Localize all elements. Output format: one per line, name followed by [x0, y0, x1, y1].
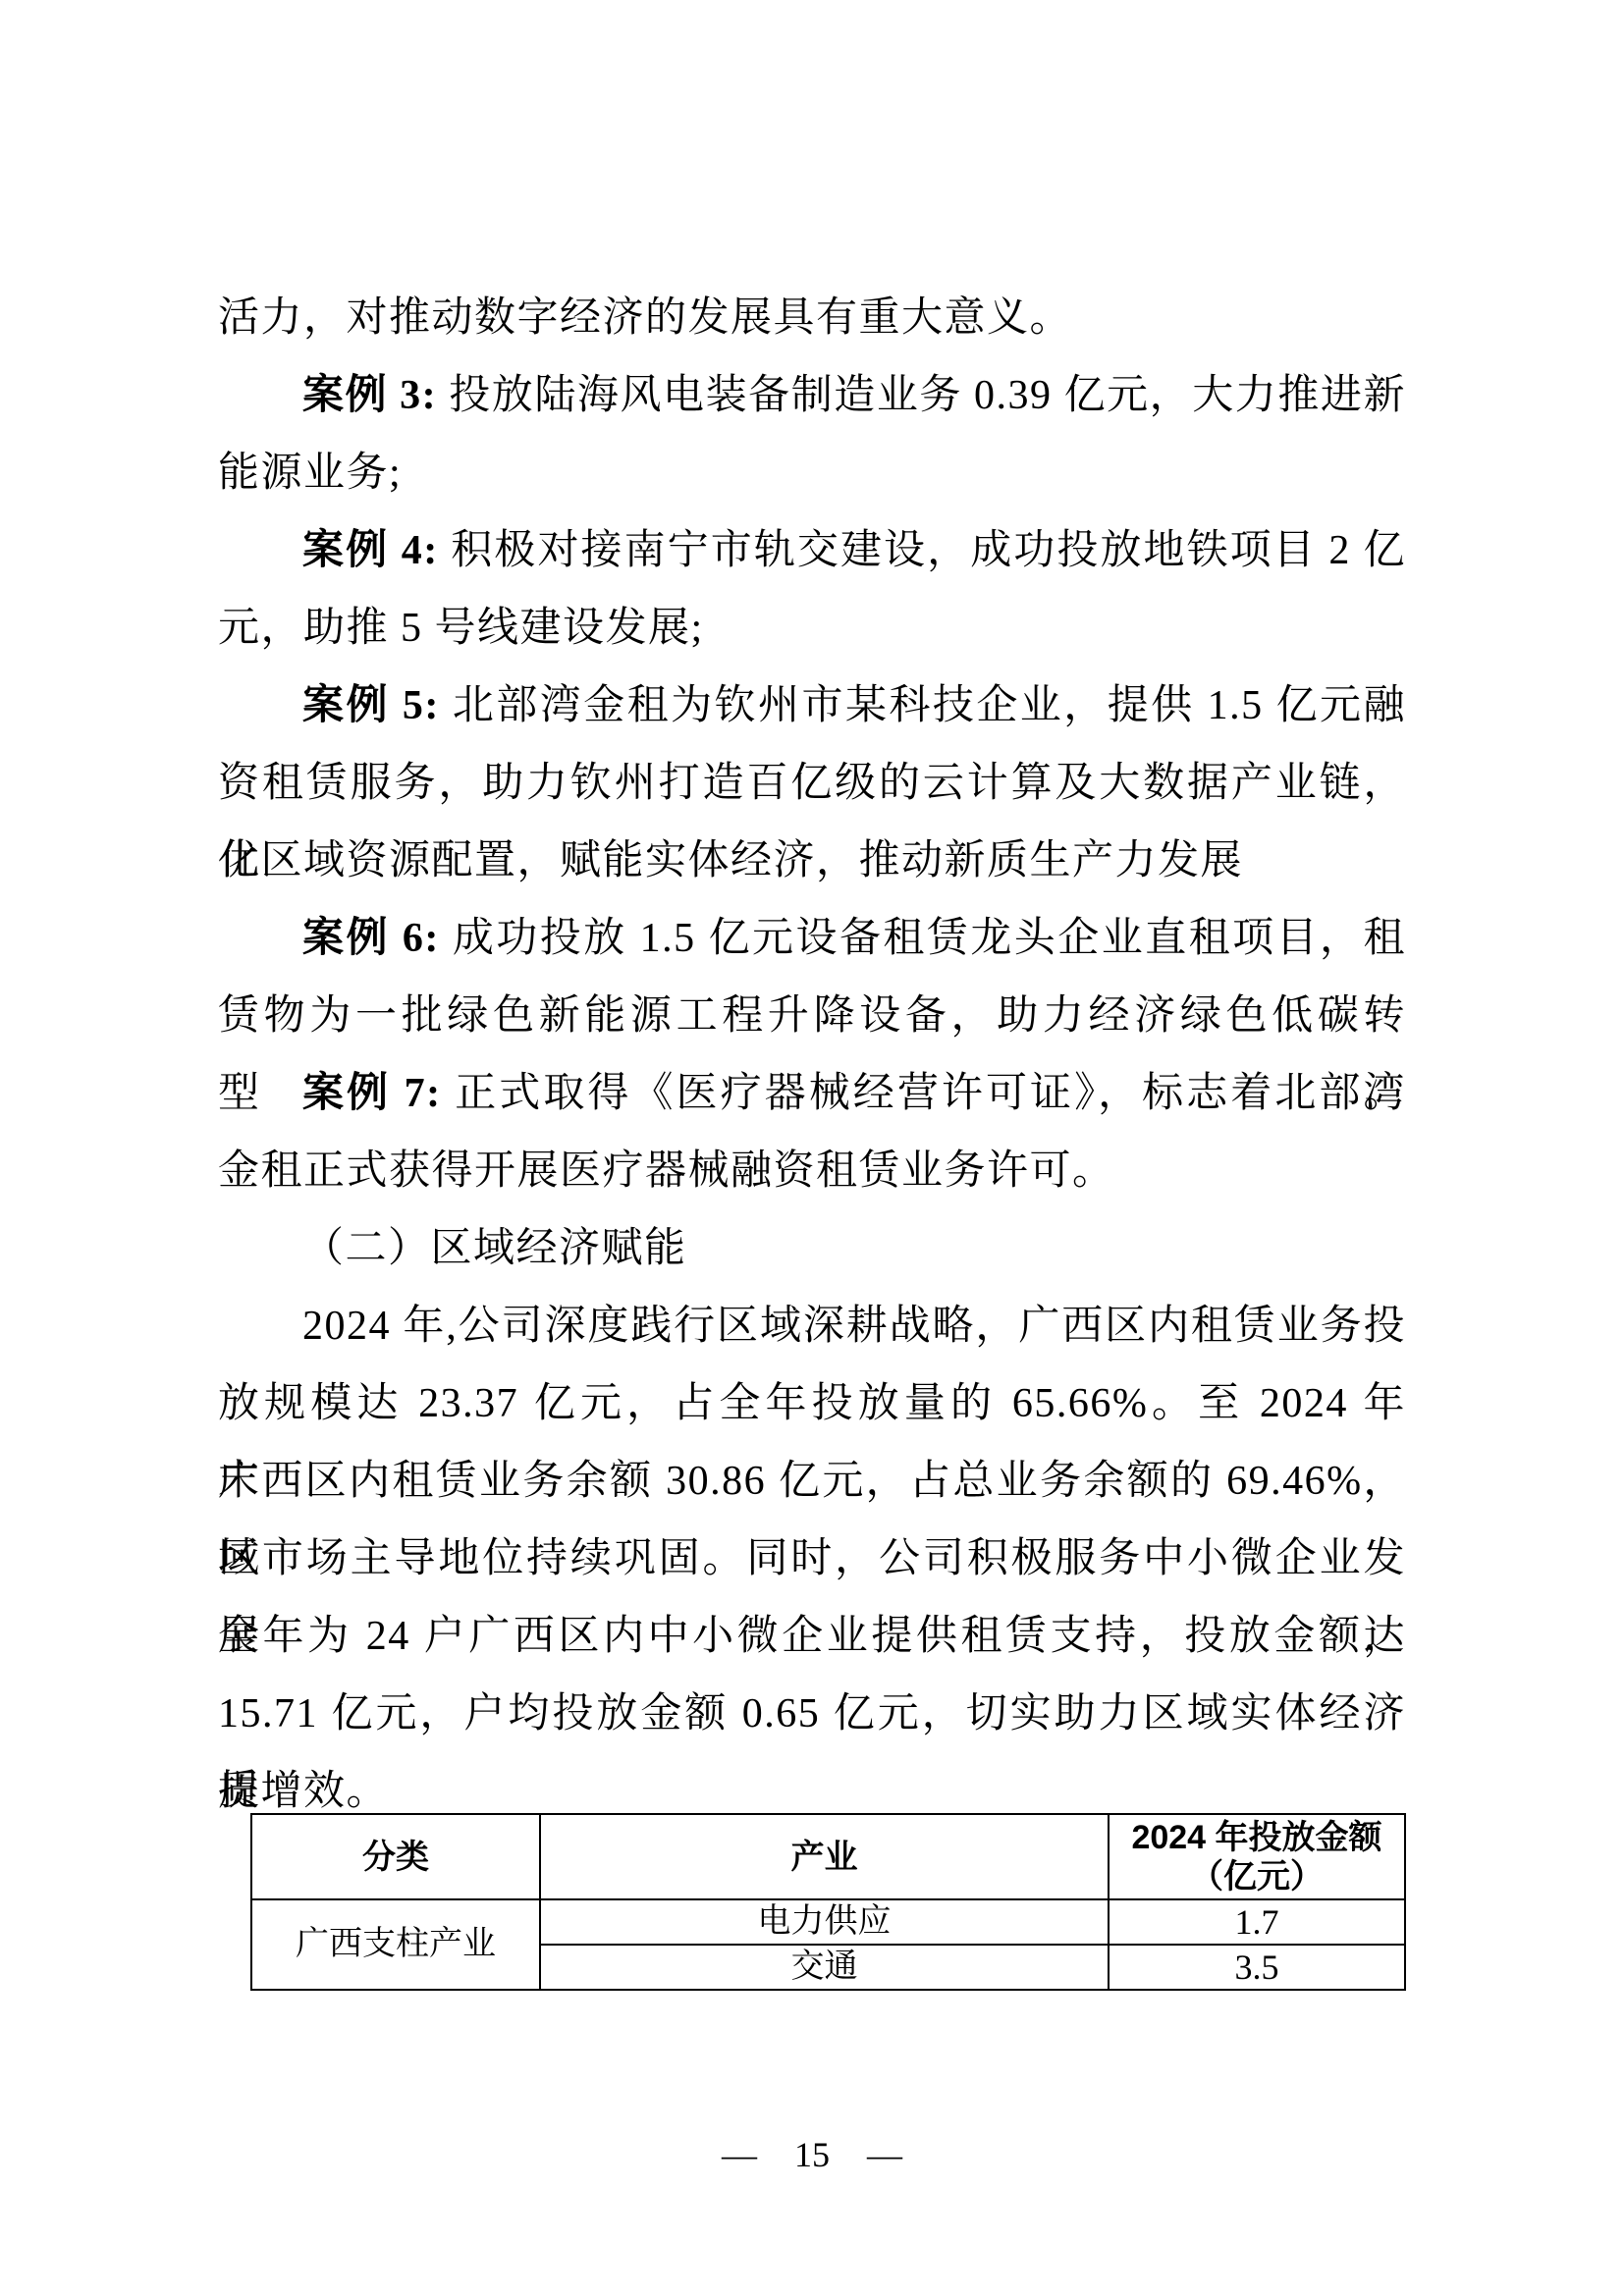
text-line: 赁物为一批绿色新能源工程升降设备，助力经济绿色低碳转型。 — [218, 978, 1406, 1055]
text-line: 案例 5: 北部湾金租为钦州市某科技企业，提供 1.5 亿元融 — [218, 667, 1406, 745]
cell-amount: 1.7 — [1109, 1899, 1405, 1945]
footer-dash-right: — — [867, 2135, 902, 2174]
page-number: 15 — [794, 2135, 830, 2174]
line-text: 活力，对推动数字经济的发展具有重大意义。 — [218, 295, 1072, 341]
text-line: 全年为 24 户广西区内中小微企业提供租赁支持，投放金额达 — [218, 1598, 1406, 1676]
text-line: 资租赁服务，助力钦州打造百亿级的云计算及大数据产业链，优 — [218, 745, 1406, 823]
text-line: 案例 3: 投放陆海风电装备制造业务 0.39 亿元，大力推进新 — [218, 357, 1406, 435]
line-text: （二）区域经济赋能 — [302, 1226, 687, 1271]
col-header-amount: 2024 年投放金额 （亿元） — [1109, 1814, 1405, 1899]
line-text: 全年为 24 户广西区内中小微企业提供租赁支持，投放金额达 — [218, 1614, 1406, 1659]
text-line: 能源业务; — [218, 435, 1406, 512]
text-line: 15.71 亿元，户均投放金额 0.65 亿元，切实助力区域实体经济提 — [218, 1676, 1406, 1753]
section-heading: （二）区域经济赋能 — [218, 1210, 1406, 1288]
text-line: 2024 年,公司深度践行区域深耕战略，广西区内租赁业务投 — [218, 1288, 1406, 1365]
text-line: 金租正式获得开展医疗器械融资租赁业务许可。 — [218, 1133, 1406, 1210]
document-body: 活力，对推动数字经济的发展具有重大意义。 案例 3: 投放陆海风电装备制造业务 … — [218, 280, 1406, 1991]
case-label: 案例 3: — [302, 373, 437, 418]
text-line: 放规模达 23.37 亿元，占全年投放量的 65.66%。至 2024 年末， — [218, 1365, 1406, 1443]
line-text: 能源业务; — [218, 451, 402, 496]
line-text: 北部湾金租为钦州市某科技企业，提供 1.5 亿元融 — [440, 683, 1406, 728]
line-text: 金租正式获得开展医疗器械融资租赁业务许可。 — [218, 1148, 1115, 1194]
line-text: 投放陆海风电装备制造业务 0.39 亿元，大力推进新 — [437, 373, 1406, 418]
line-text: 元，助推 5 号线建设发展; — [218, 606, 704, 651]
text-line: 活力，对推动数字经济的发展具有重大意义。 — [218, 280, 1406, 357]
footer-dash-left: — — [722, 2135, 757, 2174]
text-line: 案例 7: 正式取得《医疗器械经营许可证》，标志着北部湾 — [218, 1055, 1406, 1133]
case-label: 案例 7: — [302, 1071, 442, 1116]
line-text: 质增效。 — [218, 1769, 389, 1814]
text-line: 广西区内租赁业务余额 30.86 亿元，占总业务余额的 69.46%，区 — [218, 1443, 1406, 1521]
text-line: 化区域资源配置，赋能实体经济，推动新质生产力发展 — [218, 823, 1406, 900]
col-header-amount-line1: 2024 年投放金额 — [1110, 1818, 1404, 1857]
text-line: 域市场主导地位持续巩固。同时，公司积极服务中小微企业发展， — [218, 1521, 1406, 1598]
table-header-row: 分类 产业 2024 年投放金额 （亿元） — [251, 1814, 1405, 1899]
col-header-industry: 产业 — [540, 1814, 1109, 1899]
col-header-amount-line2: （亿元） — [1110, 1857, 1404, 1896]
table-row: 广西支柱产业 电力供应 1.7 — [251, 1899, 1405, 1945]
cell-industry: 电力供应 — [540, 1899, 1109, 1945]
industry-table: 分类 产业 2024 年投放金额 （亿元） 广西支柱产业 电力供应 1.7 交通… — [250, 1813, 1406, 1991]
line-text: 积极对接南宁市轨交建设，成功投放地铁项目 2 亿 — [439, 528, 1406, 573]
line-text: 化区域资源配置，赋能实体经济，推动新质生产力发展 — [218, 838, 1243, 883]
text-line: 元，助推 5 号线建设发展; — [218, 590, 1406, 667]
cell-industry: 交通 — [540, 1945, 1109, 1990]
case-label: 案例 6: — [302, 916, 440, 961]
cell-category: 广西支柱产业 — [251, 1899, 540, 1990]
line-text: 2024 年,公司深度践行区域深耕战略，广西区内租赁业务投 — [302, 1304, 1406, 1349]
line-text: 成功投放 1.5 亿元设备租赁龙头企业直租项目，租 — [440, 916, 1406, 961]
case-label: 案例 5: — [302, 683, 440, 728]
line-text: 正式取得《医疗器械经营许可证》，标志着北部湾 — [442, 1071, 1406, 1116]
case-label: 案例 4: — [302, 528, 439, 573]
text-line: 案例 4: 积极对接南宁市轨交建设，成功投放地铁项目 2 亿 — [218, 512, 1406, 590]
cell-amount: 3.5 — [1109, 1945, 1405, 1990]
document-page: 活力，对推动数字经济的发展具有重大意义。 案例 3: 投放陆海风电装备制造业务 … — [0, 0, 1624, 2296]
page-footer: —15— — [0, 2134, 1624, 2175]
text-line: 案例 6: 成功投放 1.5 亿元设备租赁龙头企业直租项目，租 — [218, 900, 1406, 978]
